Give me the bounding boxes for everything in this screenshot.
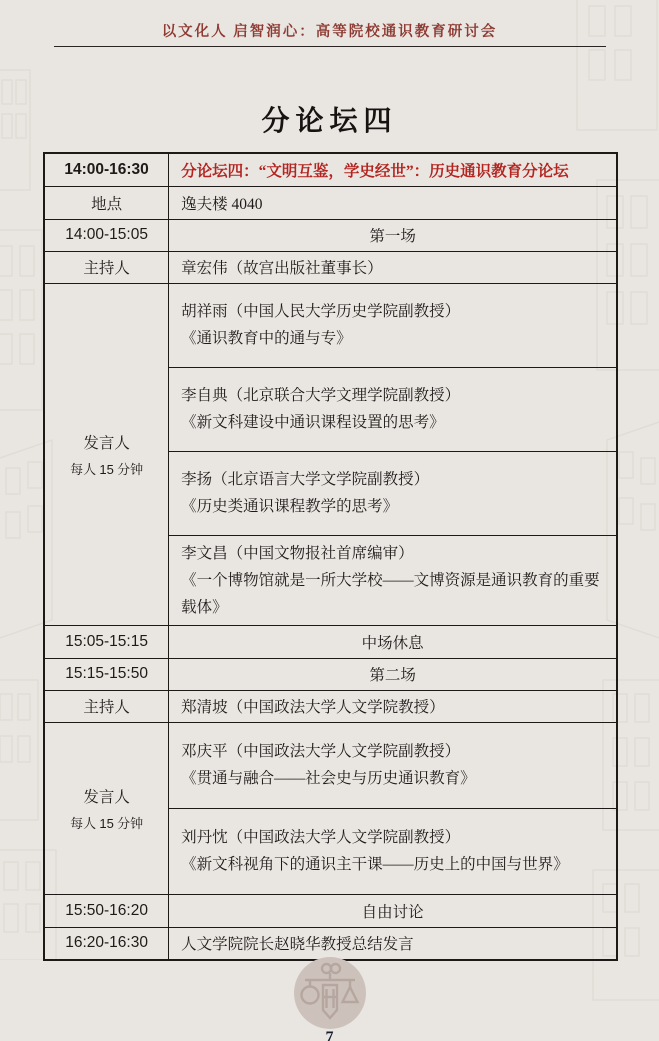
speakers-label: 发言人 [47,785,166,807]
speaker-entry: 胡祥雨（中国人民大学历史学院副教授） 《通识教育中的通与专》 [169,283,617,367]
page-number: 7 [0,1029,659,1041]
speaker-name: 刘丹忱（中国政法大学人文学院副教授） [181,824,604,851]
speaker-entry: 李自典（北京联合大学文理学院副教授） 《新文科建设中通识课程设置的思考》 [169,367,617,451]
free-discussion-label: 自由讨论 [169,894,617,927]
conference-title: 以文化人 启智润心：高等院校通识教育研讨会 [0,20,659,41]
speakers-note-minutes: 15 [99,462,113,477]
speaker-entry: 李文昌（中国文物报社首席编审） 《一个博物馆就是一所大学校——文博资源是通识教育… [169,535,617,625]
part1-session-label: 第一场 [169,219,617,251]
venue-row: 地点 逸夫楼 4040 [44,186,617,219]
part1-moderator-label: 主持人 [44,251,169,283]
part1-time: 14:00-15:05 [44,219,169,251]
part2-moderator-row: 主持人 郑清坡（中国政法大学人文学院教授） [44,690,617,722]
venue-label: 地点 [44,186,169,219]
header-rule [54,46,606,47]
free-discussion-time: 15:50-16:20 [44,894,169,927]
speakers-note-prefix: 每人 [70,462,96,477]
break-time: 15:05-15:15 [44,625,169,658]
speaker-talk: 《新文科建设中通识课程设置的思考》 [181,409,604,436]
speaker-name: 胡祥雨（中国人民大学历史学院副教授） [181,298,604,325]
part2-moderator: 郑清坡（中国政法大学人文学院教授） [169,690,617,722]
speakers-note: 每人 15 分钟 [47,813,166,832]
part2-speaker-row: 发言人 每人 15 分钟 邓庆平（中国政法大学人文学院副教授） 《贯通与融合——… [44,722,617,808]
speaker-name: 李扬（北京语言大学文学院副教授） [181,466,604,493]
speaker-name: 邓庆平（中国政法大学人文学院副教授） [181,738,604,765]
part2-session-row: 15:15-15:50 第二场 [44,658,617,690]
session-time: 14:00-16:30 [44,153,169,186]
part2-moderator-label: 主持人 [44,690,169,722]
page-header: 以文化人 启智润心：高等院校通识教育研讨会 [0,0,659,47]
speakers-note-minutes: 15 [99,816,113,831]
speakers-label: 发言人 [47,431,166,453]
speakers-note-suffix: 分钟 [117,816,143,831]
speaker-entry: 李扬（北京语言大学文学院副教授） 《历史类通识课程教学的思考》 [169,451,617,535]
schedule-table: 14:00-16:30 分论坛四：“文明互鉴，学史经世”：历史通识教育分论坛 地… [43,152,618,961]
venue-value: 逸夫楼 4040 [169,186,617,219]
free-discussion-row: 15:50-16:20 自由讨论 [44,894,617,927]
speakers-note-suffix: 分钟 [117,462,143,477]
session-title: 分论坛四：“文明互鉴，学史经世”：历史通识教育分论坛 [169,153,617,186]
speaker-entry: 邓庆平（中国政法大学人文学院副教授） 《贯通与融合——社会史与历史通识教育》 [169,722,617,808]
session-header-row: 14:00-16:30 分论坛四：“文明互鉴，学史经世”：历史通识教育分论坛 [44,153,617,186]
speaker-name: 李文昌（中国文物报社首席编审） [181,540,604,567]
part1-speaker-row: 发言人 每人 15 分钟 胡祥雨（中国人民大学历史学院副教授） 《通识教育中的通… [44,283,617,367]
part1-speakers-label-cell: 发言人 每人 15 分钟 [44,283,169,625]
part2-session-label: 第二场 [169,658,617,690]
part2-speakers-label-cell: 发言人 每人 15 分钟 [44,722,169,894]
speaker-name: 李自典（北京联合大学文理学院副教授） [181,382,604,409]
speaker-talk: 《新文科视角下的通识主干课——历史上的中国与世界》 [181,851,604,878]
speakers-note: 每人 15 分钟 [47,459,166,478]
part1-session-row: 14:00-15:05 第一场 [44,219,617,251]
cupl-seal-logo [293,956,367,1035]
speaker-talk: 《历史类通识课程教学的思考》 [181,493,604,520]
break-row: 15:05-15:15 中场休息 [44,625,617,658]
scales-seal-icon [293,956,367,1030]
speakers-note-prefix: 每人 [70,816,96,831]
speaker-talk: 《贯通与融合——社会史与历史通识教育》 [181,765,604,792]
page-footer: 7 [0,952,659,1041]
page-title: 分论坛四 [0,99,659,139]
part2-time: 15:15-15:50 [44,658,169,690]
speaker-entry: 刘丹忱（中国政法大学人文学院副教授） 《新文科视角下的通识主干课——历史上的中国… [169,808,617,894]
speaker-talk: 《一个博物馆就是一所大学校——文博资源是通识教育的重要载体》 [181,567,604,621]
break-label: 中场休息 [169,625,617,658]
part1-moderator-row: 主持人 章宏伟（故宫出版社董事长） [44,251,617,283]
speaker-talk: 《通识教育中的通与专》 [181,325,604,352]
part1-moderator: 章宏伟（故宫出版社董事长） [169,251,617,283]
